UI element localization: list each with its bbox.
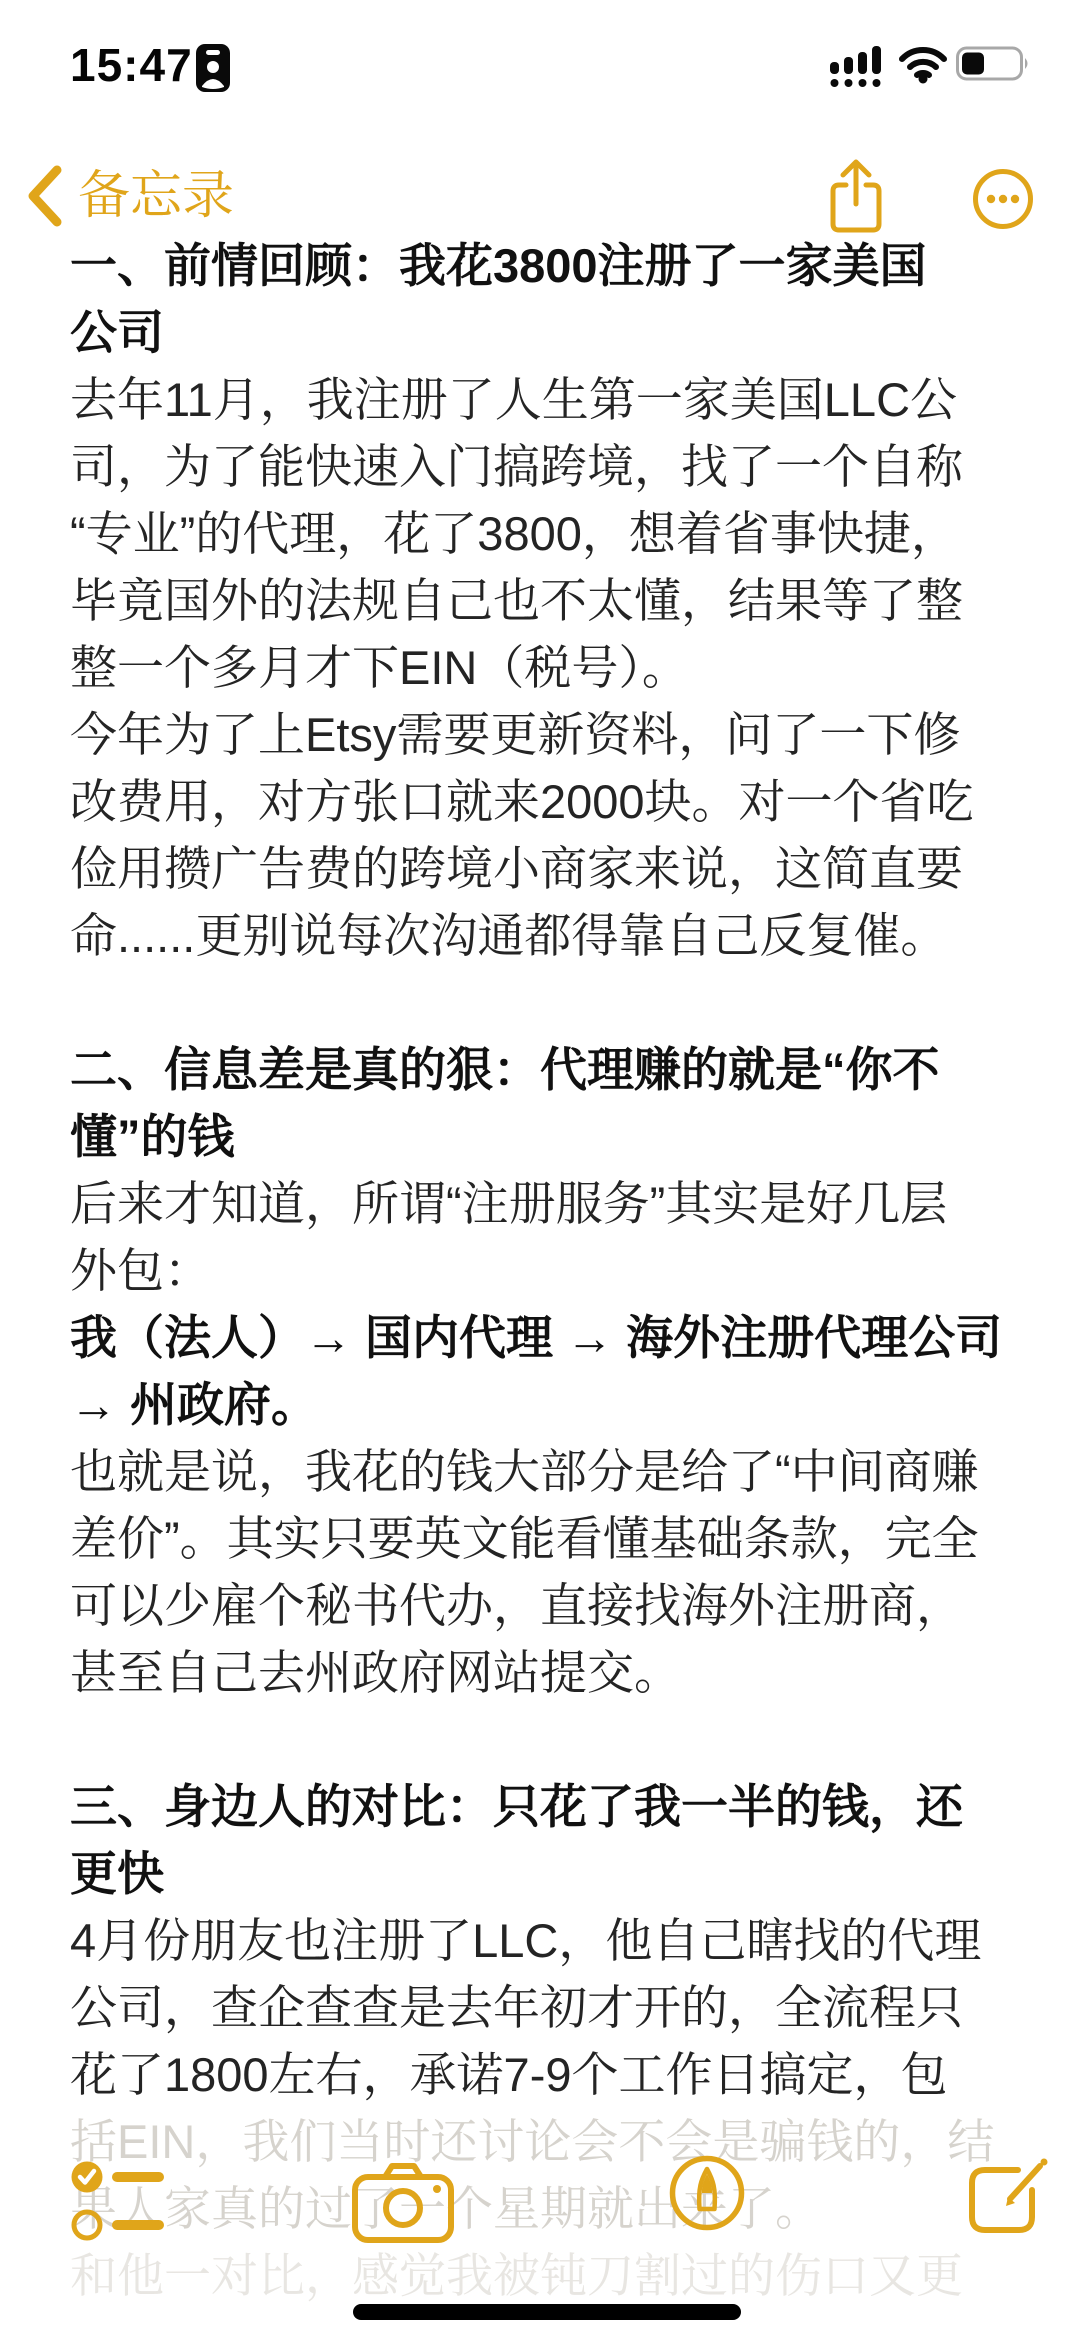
note-line: 可以少雇个秘书代办，直接找海外注册商，	[70, 1572, 1045, 1639]
chevron-left-icon	[24, 163, 64, 229]
status-time: 15:47	[70, 38, 193, 92]
note-line: 司，为了能快速入门搞跨境，找了一个自称	[70, 433, 1045, 500]
note-line: 去年11月，我注册了人生第一家美国LLC公	[70, 366, 1045, 433]
note-line: 命......更别说每次沟通都得靠自己反复催。	[70, 902, 1045, 969]
dual-sim-cellular-icon	[830, 44, 892, 88]
status-bar: 15:47	[0, 0, 1080, 110]
note-line: 毕竟国外的法规自己也不太懂，结果等了整	[70, 567, 1045, 634]
note-line	[70, 969, 1045, 1036]
note-line: 4月份朋友也注册了LLC，他自己瞎找的代理	[70, 1907, 1045, 1974]
note-line: 甚至自己去州政府网站提交。	[70, 1639, 1045, 1706]
markup-button[interactable]	[668, 2154, 746, 2232]
note-line: 今年为了上Etsy需要更新资料，问了一下修	[70, 701, 1045, 768]
note-body[interactable]: 一、前情回顾：我花3800注册了一家美国公司去年11月，我注册了人生第一家美国L…	[70, 232, 1045, 2309]
note-line: 懂”的钱	[70, 1103, 1045, 1170]
back-button[interactable]: 备忘录	[24, 148, 234, 244]
note-line	[70, 1706, 1045, 1773]
back-label: 备忘录	[78, 148, 234, 244]
note-line: 花了1800左右，承诺7-9个工作日搞定，包	[70, 2041, 1045, 2108]
note-line: 我（法人）→ 国内代理 → 海外注册代理公司	[70, 1304, 1045, 1371]
note-line: 改费用，对方张口就来2000块。对一个省吃	[70, 768, 1045, 835]
note-line: 公司，查企查查是去年初才开的，全流程只	[70, 1974, 1045, 2041]
wifi-icon	[898, 46, 948, 84]
share-button[interactable]	[826, 158, 886, 236]
note-line: “专业”的代理，花了3800，想着省事快捷，	[70, 500, 1045, 567]
camera-button[interactable]	[352, 2162, 454, 2244]
markup-pen-icon	[668, 2154, 746, 2232]
battery-icon	[956, 46, 1032, 82]
checklist-icon	[70, 2152, 174, 2252]
note-line: 和他一对比，感觉我被钝刀割过的伤口又更	[70, 2242, 1045, 2309]
note-line: 三、身边人的对比：只花了我一半的钱，还	[70, 1773, 1045, 1840]
more-options-button[interactable]	[972, 168, 1034, 230]
notes-app-screen: 15:47	[0, 0, 1080, 2337]
note-line: 一、前情回顾：我花3800注册了一家美国	[70, 232, 1045, 299]
note-line: 也就是说，我花的钱大部分是给了“中间商赚	[70, 1438, 1045, 1505]
note-line: 果人家真的过了一个星期就出来了。	[70, 2175, 1045, 2242]
note-line: 俭用攒广告费的跨境小商家来说，这简直要	[70, 835, 1045, 902]
note-line: 二、信息差是真的狠：代理赚的就是“你不	[70, 1036, 1045, 1103]
note-line: 公司	[70, 299, 1045, 366]
note-line: 外包：	[70, 1237, 1045, 1304]
note-line: 整一个多月才下EIN（税号）。	[70, 634, 1045, 701]
checklist-button[interactable]	[70, 2152, 174, 2252]
home-indicator[interactable]	[353, 2304, 741, 2320]
note-line: 括EIN，我们当时还讨论会不会是骗钱的，结	[70, 2108, 1045, 2175]
note-line: 差价”。其实只要英文能看懂基础条款，完全	[70, 1505, 1045, 1572]
compose-icon	[966, 2154, 1050, 2236]
note-line: → 州政府。	[70, 1371, 1045, 1438]
note-line: 后来才知道，所谓“注册服务”其实是好几层	[70, 1170, 1045, 1237]
note-line: 更快	[70, 1840, 1045, 1907]
compose-button[interactable]	[966, 2154, 1050, 2236]
id-badge-icon	[196, 44, 230, 92]
camera-icon	[352, 2162, 454, 2244]
